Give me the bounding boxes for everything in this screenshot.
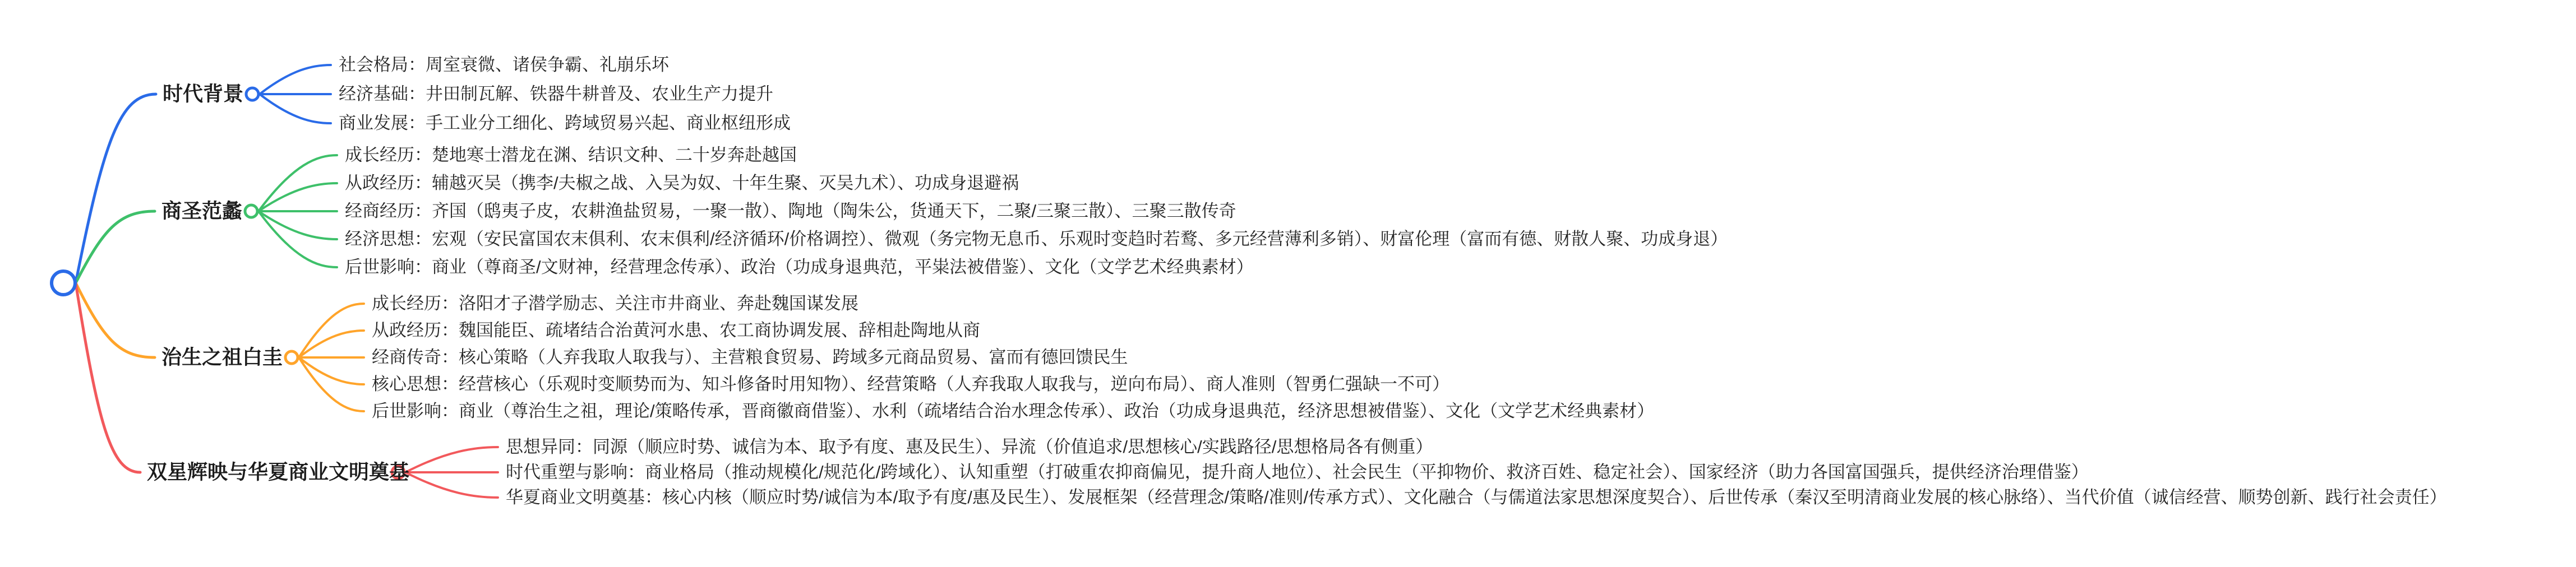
mindmap-item[interactable]: 社会格局：周室衰微、诸侯争霸、礼崩乐坏 [339,56,669,73]
item-connector-line [260,94,331,123]
item-connector-line [405,472,498,498]
branch-collapse-handle[interactable] [245,205,257,217]
item-connector-line [260,65,331,94]
mindmap-item[interactable]: 经商经历：齐国（鸱夷子皮，农耕渔盐贸易，一聚一散）、陶地（陶朱公，货通天下，二聚… [345,202,1236,220]
mindmap-item[interactable]: 成长经历：楚地寒士潜龙在渊、结识文种、二十岁奔赴越国 [345,146,797,164]
branch-connector-line [76,94,156,283]
branch-collapse-handle[interactable] [246,88,258,100]
mindmap-item[interactable]: 华夏商业文明奠基：核心内核（顺应时势/诚信为本/取予有度/惠及民生）、发展框架（… [506,489,2447,506]
mindmap-item[interactable]: 后世影响：商业（尊治生之祖，理论/策略传承，晋商徽商借鉴）、水利（疏堵结合治水理… [372,402,1654,420]
branch-topic-civilization-legacy[interactable]: 双星辉映与华夏商业文明奠基 [147,462,409,482]
branch-connector-line [76,283,140,472]
mindmap-item[interactable]: 经济基础：井田制瓦解、铁器牛耕普及、农业生产力提升 [339,85,773,103]
mindmap-item[interactable]: 思想异同：同源（顺应时势、诚信为本、取予有度、惠及民生）、异流（价值追求/思想核… [506,438,1433,456]
mindmap-item[interactable]: 经商传奇：核心策略（人弃我取人取我与）、主营粮食贸易、跨域多元商品贸易、富而有德… [372,348,1128,366]
mindmap-canvas: 时代背景 商圣范蠡 治生之祖白圭 双星辉映与华夏商业文明奠基 社会格局：周室衰微… [0,0,2576,567]
branch-topic-era-background[interactable]: 时代背景 [163,83,243,104]
root-node[interactable] [52,271,75,295]
mindmap-item[interactable]: 商业发展：手工业分工细化、跨域贸易兴起、商业枢纽形成 [339,114,791,132]
mindmap-item[interactable]: 经济思想：宏观（安民富国农末俱利、农末俱利/经济循环/价格调控）、微观（务完物无… [345,230,1728,248]
mindmap-item[interactable]: 从政经历：魏国能臣、疏堵结合治黄河水患、农工商协调发展、辞相赴陶地从商 [372,322,980,339]
item-connector-line [405,447,498,472]
mindmap-item[interactable]: 核心思想：经营核心（乐观时变顺势而为、知斗修备时用知物）、经营策略（人弃我取人取… [372,375,1449,393]
mindmap-item[interactable]: 后世影响：商业（尊商圣/文财神，经营理念传承）、政治（功成身退典范，平粜法被借鉴… [345,258,1254,276]
branch-topic-fan-li[interactable]: 商圣范蠡 [161,201,242,221]
branch-topic-bai-gui[interactable]: 治生之祖白圭 [161,347,283,367]
mindmap-item[interactable]: 时代重塑与影响：商业格局（推动规模化/规范化/跨域化）、认知重塑（打破重农抑商偏… [506,463,2089,481]
mindmap-item[interactable]: 从政经历：辅越灭吴（携李/夫椒之战、入吴为奴、十年生聚、灭吴九术）、功成身退避祸 [345,174,1019,192]
mindmap-item[interactable]: 成长经历：洛阳才子潜学励志、关注市井商业、奔赴魏国谋发展 [372,295,858,312]
branch-collapse-handle[interactable] [285,351,298,364]
